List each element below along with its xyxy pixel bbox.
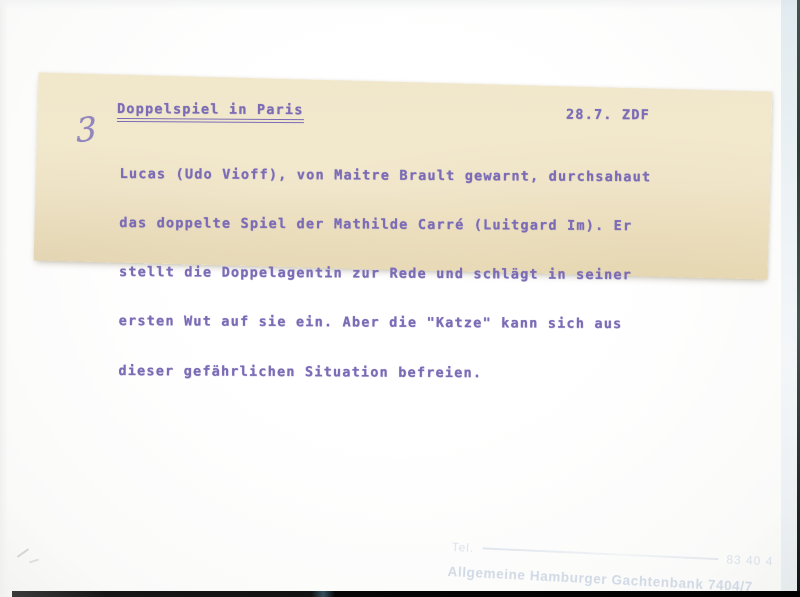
caption-line: ersten Wut auf sie ein. Aber die "Katze"… [119, 313, 651, 333]
stamp-line-2: Allgemeine Hamburger Gachtenbank 7404/7 [447, 564, 753, 594]
pencil-mark [29, 559, 39, 564]
stamp-line-1: Tel. 83 40 4 [451, 540, 773, 569]
stamp-tel-label: Tel. [451, 540, 474, 555]
stamp-rule [482, 548, 718, 560]
photo-bottom-edge [12, 591, 800, 597]
photo-right-haze [781, 0, 797, 591]
caption-line: dieser gefährlichen Situation befreien. [118, 363, 650, 383]
photo-frame: Doppelspiel in Paris 28.7. ZDF Lucas (Ud… [0, 0, 800, 597]
handwritten-number: 3 [75, 109, 98, 151]
stamp-number: 83 40 4 [726, 552, 774, 568]
caption-paper [34, 72, 773, 279]
pencil-mark [17, 548, 30, 558]
